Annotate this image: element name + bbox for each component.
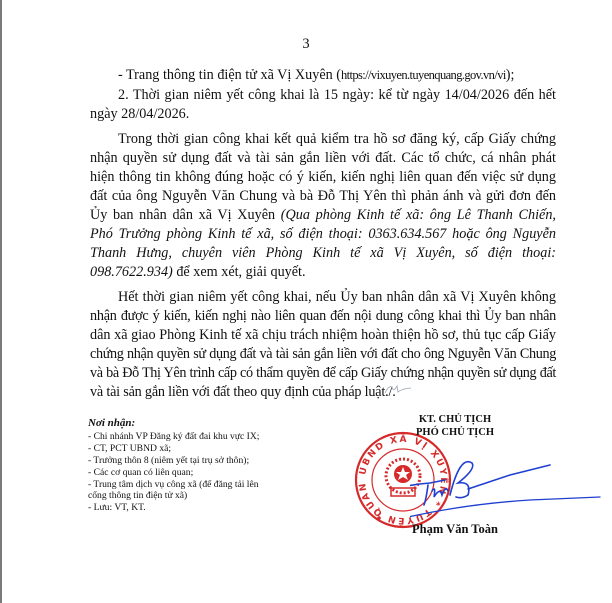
paragraph-1-line: đất của ông Nguyễn Văn Chung và bà Đỗ Th… <box>90 187 556 205</box>
contact-note: (Qua phòng Kinh tế xã: ông Lê Thanh Chiế… <box>281 207 556 223</box>
paragraph-2-line: nhận được ý kiến, kiến nghị nào liên qua… <box>90 307 556 325</box>
recipients-block: Nơi nhận: - Chi nhánh VP Đăng ký đất đai… <box>88 418 259 514</box>
paragraph-1-line: Trong thời gian công khai kết quả kiểm t… <box>118 130 556 148</box>
paragraph-2-line: chứng nhận quyền sử dụng đất và tài sản … <box>90 345 556 363</box>
paragraph-1-line: Phó Trưởng phòng Kinh tế xã, số điện tho… <box>90 225 556 243</box>
handwritten-signature-icon <box>410 455 610 525</box>
website-label: - Trang thông tin điện tử xã Vị Xuyên ( <box>118 67 341 83</box>
punct: ); <box>506 67 515 83</box>
website-url[interactable]: https://vixuyen.tuyenquang.gov.vn/vi <box>341 68 506 82</box>
signer-role-line2: PHÓ CHỦ TỊCH <box>360 426 550 439</box>
text: Ủy ban nhân dân xã Vị Xuyên <box>90 207 281 223</box>
recipient-item: - Lưu: VT, KT. <box>88 502 259 514</box>
paragraph-2-line: dân xã giao Phòng Kinh tế xã chịu trách … <box>90 326 556 344</box>
contact-note: 098.7622.934) <box>90 264 173 280</box>
signature-block: KT. CHỦ TỊCH PHÓ CHỦ TỊCH <box>360 413 550 439</box>
paragraph-2-line: và bà Đỗ Thị Yên trình cấp có thẩm quyền… <box>90 364 556 382</box>
paragraph-2-line: và tài sản gắn liền với đất theo quy địn… <box>90 383 396 401</box>
signer-name: Phạm Văn Toàn <box>355 522 555 537</box>
recipients-title: Nơi nhận: <box>88 418 259 430</box>
recipient-item: - Trung tâm dịch vụ công xã (để đăng tải… <box>88 479 259 491</box>
contact-note: Thanh Hưng, chuyên viên Phòng Kinh tế xã… <box>90 245 556 261</box>
text: để xem xét, giải quyết. <box>173 264 306 280</box>
page-number: 3 <box>0 36 612 53</box>
posting-period-end: ngày 28/04/2026. <box>90 105 189 123</box>
recipient-item: - Chi nhánh VP Đăng ký đất đai khu vực I… <box>88 431 259 443</box>
signer-role-line1: KT. CHỦ TỊCH <box>360 413 550 426</box>
page-left-edge <box>0 0 2 603</box>
paragraph-1-line: hiện thông tin không đúng hoặc có ý kiến… <box>90 168 556 186</box>
recipient-item: cổng thông tin điện tử xã) <box>88 490 259 502</box>
posting-period-line: 2. Thời gian niêm yết công khai là 15 ng… <box>118 86 556 104</box>
paragraph-1-line: Ủy ban nhân dân xã Vị Xuyên (Qua phòng K… <box>90 206 556 224</box>
recipient-item: - Trưởng thôn 8 (niêm yết tại trụ sở thô… <box>88 455 259 467</box>
website-line: - Trang thông tin điện tử xã Vị Xuyên (h… <box>118 66 514 84</box>
paragraph-1-line: 098.7622.934) để xem xét, giải quyết. <box>90 263 306 281</box>
initials-signature-icon <box>383 383 413 395</box>
recipient-item: - CT, PCT UBND xã; <box>88 443 259 455</box>
contact-note: Phó Trưởng phòng Kinh tế xã, số điện tho… <box>90 226 556 242</box>
paragraph-2-line: Hết thời gian niêm yết công khai, nếu Ủy… <box>118 288 556 306</box>
paragraph-1-line: Thanh Hưng, chuyên viên Phòng Kinh tế xã… <box>90 244 556 262</box>
recipient-item: - Các cơ quan có liên quan; <box>88 467 259 479</box>
paragraph-1-line: nhận quyền sử dụng đất và tài sản gắn li… <box>90 149 556 167</box>
